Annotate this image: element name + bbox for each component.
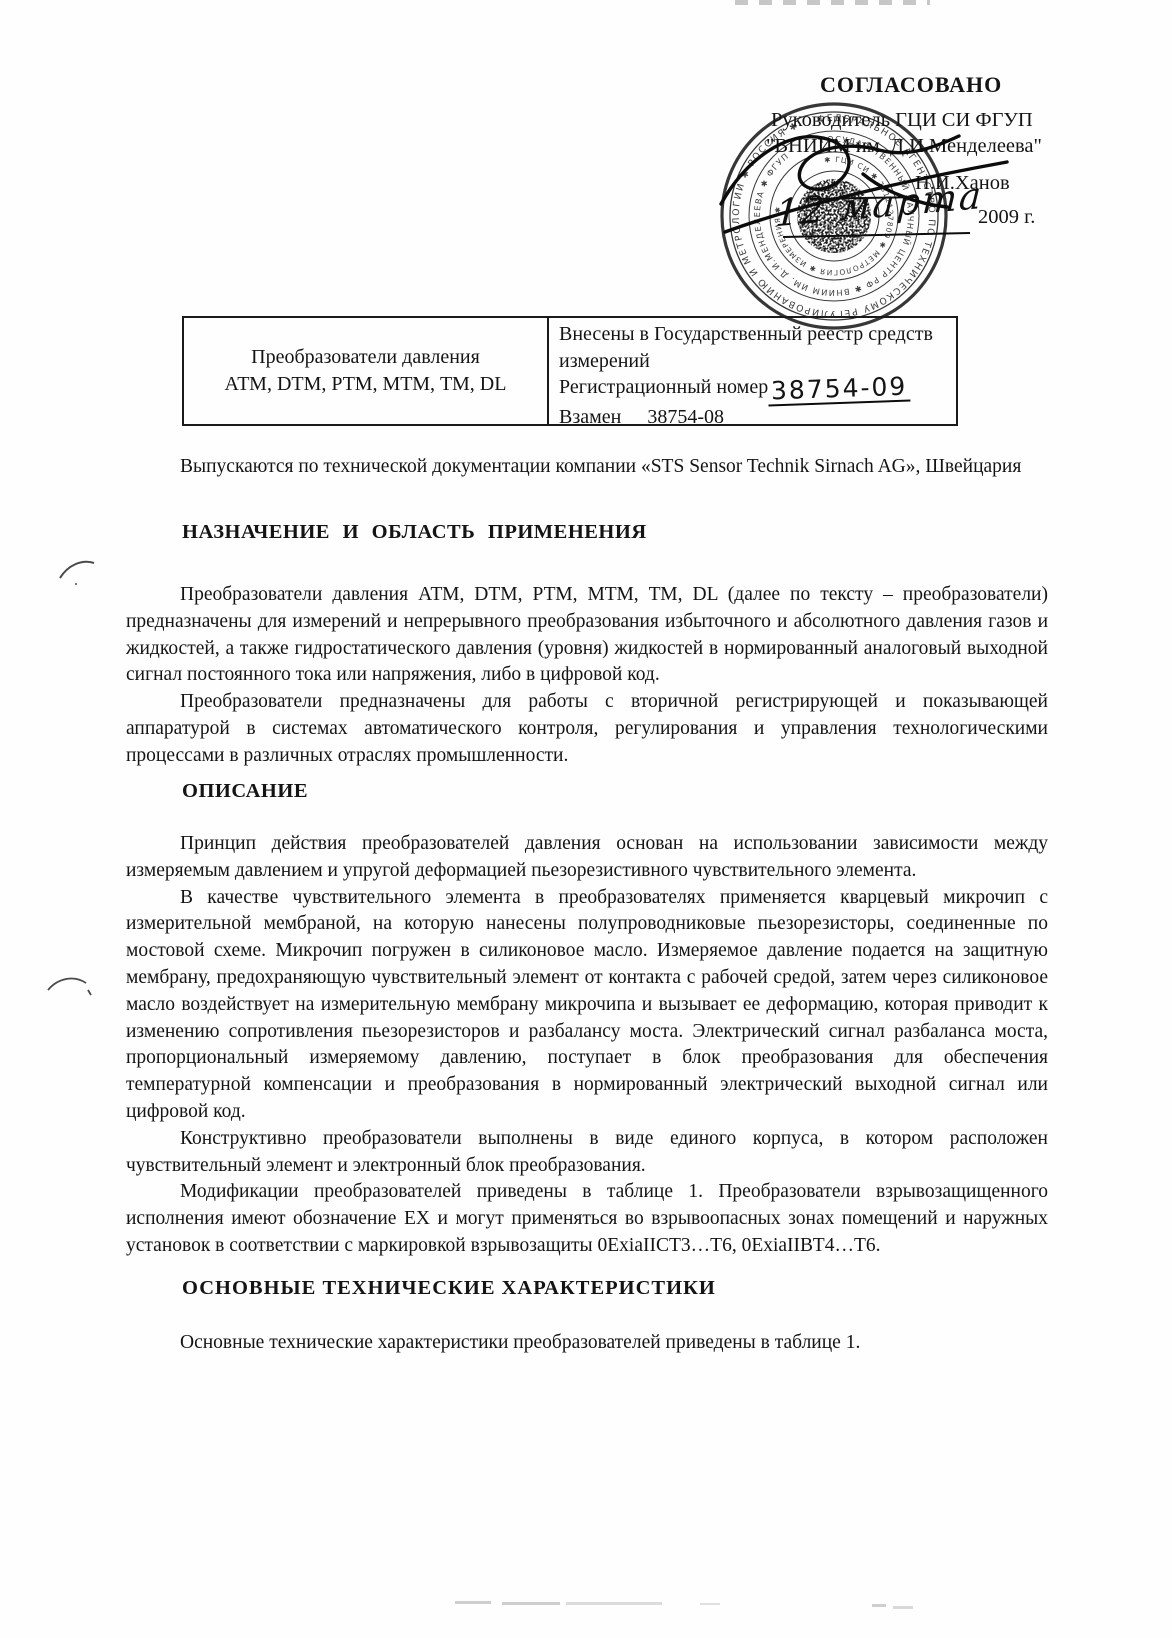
heading-purpose: НАЗНАЧЕНИЕ И ОБЛАСТЬ ПРИМЕНЕНИЯ (182, 521, 647, 544)
scan-artifact-bottom (455, 1601, 491, 1604)
heading-specs: ОСНОВНЫЕ ТЕХНИЧЕСКИЕ ХАРАКТЕРИСТИКИ (182, 1277, 716, 1300)
device-title-line-1: Преобразователи давления (251, 344, 480, 371)
registration-line: Регистрационный номер38754-09 (559, 374, 948, 404)
intro-paragraph: Выпускаются по технической документации … (126, 454, 1048, 481)
purpose-section: Преобразователи давления АТМ, DTM, РТМ, … (126, 582, 1048, 770)
paragraph-purpose-2: Преобразователи предназначены для работы… (126, 689, 1048, 769)
registry-line-2: измерений (559, 348, 948, 375)
scan-artifact-top-edge (735, 0, 930, 5)
paragraph-description-2: В качестве чувствительного элемента в пр… (126, 885, 1048, 1126)
paragraph-purpose-1: Преобразователи давления АТМ, DTM, РТМ, … (126, 582, 1048, 689)
specs-section: Основные технические характеристики прео… (126, 1330, 1048, 1357)
registration-number-handwritten: 38754-09 (768, 374, 911, 407)
registration-number-label: Регистрационный номер (559, 376, 768, 398)
description-section: Принцип действия преобразователей давлен… (126, 831, 1048, 1260)
scanned-document-page: СОГЛАСОВАНО Руководитель ГЦИ СИ ФГУП "ВН… (0, 0, 1172, 1638)
approved-label: СОГЛАСОВАНО (820, 72, 1002, 98)
paragraph-description-3: Конструктивно преобразователи выполнены … (126, 1126, 1048, 1180)
scan-artifact-bottom (566, 1602, 662, 1605)
intro-paragraph-block: Выпускаются по технической документации … (126, 454, 1048, 481)
device-title-line-2: АТМ, DTM, РТМ, МТМ, ТМ, DL (225, 371, 507, 398)
heading-description: ОПИСАНИЕ (182, 780, 308, 803)
replaces-label: Взамен (559, 406, 621, 428)
scan-artifact-bottom (700, 1603, 720, 1605)
margin-pen-mark-2 (46, 972, 94, 1002)
replaces-value: 38754-08 (647, 406, 724, 428)
scan-artifact-bottom (893, 1606, 913, 1609)
margin-pen-mark-1 (58, 556, 98, 586)
registry-line-1: Внесены в Государственный реестр средств (559, 321, 948, 348)
paragraph-specs: Основные технические характеристики прео… (126, 1330, 1048, 1357)
paragraph-description-4: Модификации преобразователей приведены в… (126, 1179, 1048, 1259)
table-cell-device: Преобразователи давления АТМ, DTM, РТМ, … (184, 318, 547, 424)
paragraph-description-1: Принцип действия преобразователей давлен… (126, 831, 1048, 885)
table-cell-registry: Внесены в Государственный реестр средств… (547, 318, 956, 424)
title-table: Преобразователи давления АТМ, DTM, РТМ, … (182, 316, 958, 426)
replaces-line: Взамен38754-08 (559, 404, 948, 431)
signature-strokes (715, 112, 1015, 272)
scan-artifact-bottom (872, 1604, 886, 1607)
scan-artifact-bottom (502, 1602, 560, 1605)
